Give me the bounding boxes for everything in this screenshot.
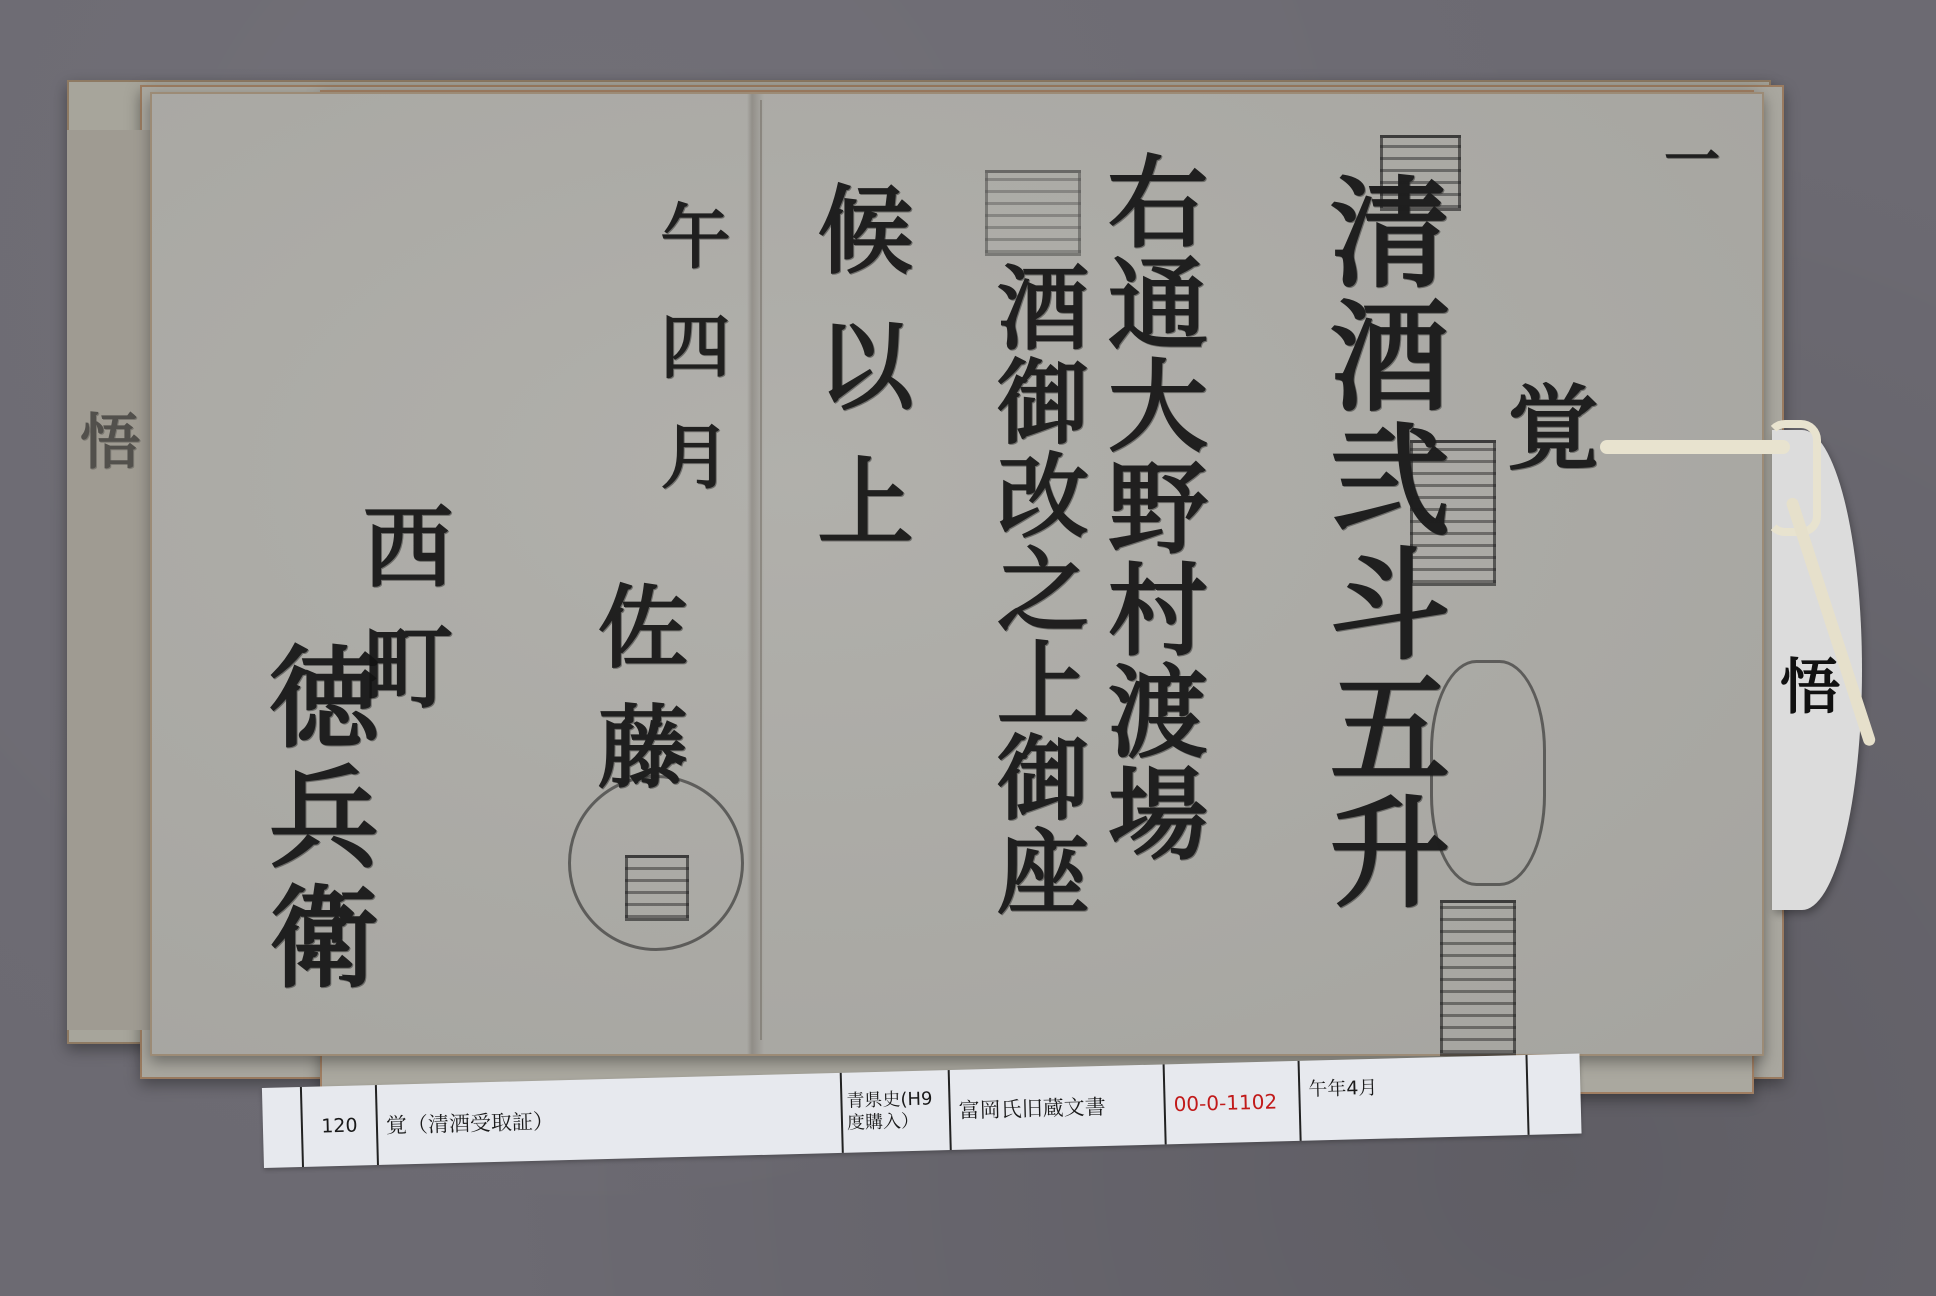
binding-string (1600, 440, 1790, 454)
tag-ink: 悟 (1780, 640, 1840, 726)
manuscript-column: 午四月 (655, 200, 725, 530)
manuscript-column: 覚 (1500, 380, 1592, 482)
label-blank-right (1527, 1054, 1581, 1135)
manuscript-column: 一 (1660, 130, 1716, 196)
manuscript-column: 候以上 (810, 180, 906, 588)
label-collection: 富岡氏旧蔵文書 (950, 1064, 1167, 1150)
label-date: 午年4月 (1300, 1055, 1530, 1141)
label-number: 120 (302, 1085, 379, 1167)
manuscript-column: 右通大野村渡場 (1100, 150, 1200, 864)
seal-stamp-right (1430, 660, 1546, 886)
label-blank-left (262, 1087, 304, 1168)
manuscript-column: 酒御改之上御座 (990, 260, 1082, 918)
seal-stamp-top (1380, 135, 1461, 211)
label-catalog-id: 00-0-1102 (1165, 1061, 1302, 1145)
label-source: 青県史(H9 度購入） (842, 1070, 952, 1153)
manuscript-column: 徳兵衛 (260, 640, 370, 1000)
seal-stamp-inner (625, 855, 689, 921)
label-title: 覚（清酒受取証） (377, 1073, 844, 1165)
seal-stamp-middle (1410, 440, 1496, 586)
seal-stamp-left-mid (985, 170, 1081, 256)
faded-ink-left: 悟 (75, 410, 135, 480)
seal-stamp-right-inner (1440, 900, 1516, 1056)
